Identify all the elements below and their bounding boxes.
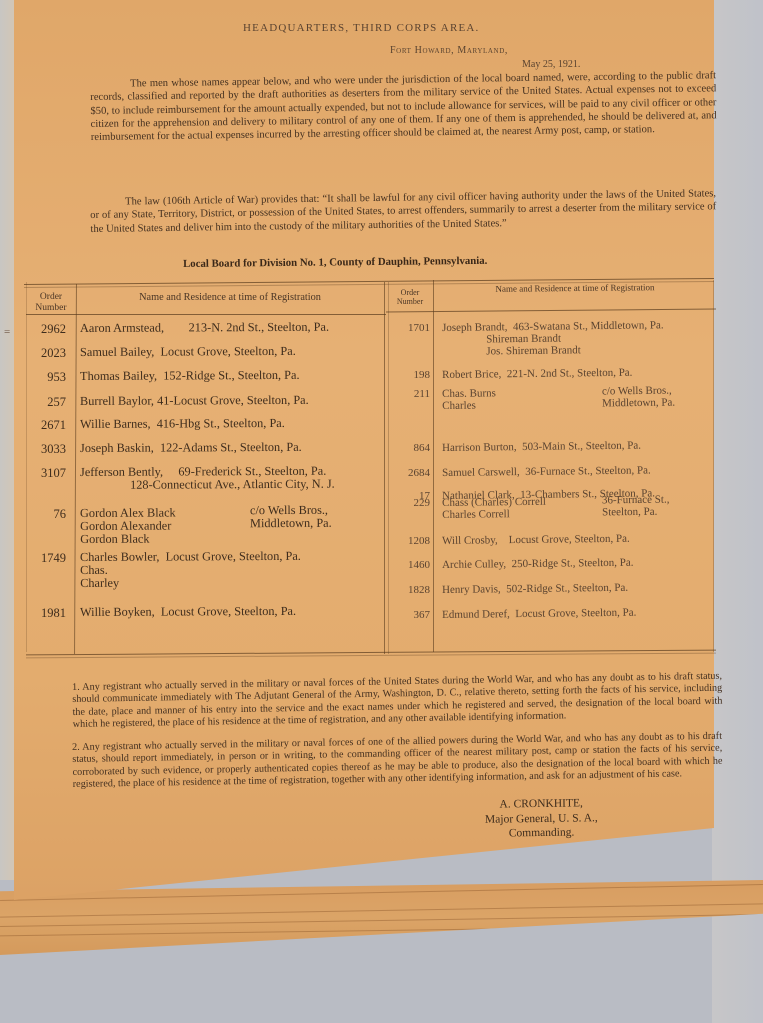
registrant-name: Chas. Burns xyxy=(442,387,496,400)
table-row: Thomas Bailey, 152-Ridge St., Steelton, … xyxy=(80,369,300,383)
table-row: Chass (Charles) CorrellCharles Correll xyxy=(442,496,546,521)
registrant-alias: 128-Connecticut Ave., Atlantic City, N. … xyxy=(80,478,335,492)
table-row: Gordon Alex BlackGordon AlexanderGordon … xyxy=(80,506,176,546)
table-row: Samuel Bailey, Locust Grove, Steelton, P… xyxy=(80,345,296,359)
registrant-alias: Charles xyxy=(442,399,496,412)
table-row: Aaron Armstead, 213-N. 2nd St., Steelton… xyxy=(80,321,329,335)
board-title: Local Board for Division No. 1, County o… xyxy=(183,255,487,270)
table-row: Harrison Burton, 503-Main St., Steelton,… xyxy=(442,440,641,454)
signature-name: A. CRONKHITE, xyxy=(485,796,598,812)
law-paragraph: The law (106th Article of War) provides … xyxy=(90,187,716,236)
registrant-address: c/o Wells Bros.,Middletown, Pa. xyxy=(602,385,675,410)
location-line: Fort Howard, Maryland, xyxy=(390,45,508,56)
table-row: Samuel Carswell, 36-Furnace St., Steelto… xyxy=(442,464,651,479)
table-right-edge xyxy=(713,280,714,652)
table-row: Joseph Baskin, 122-Adams St., Steelton, … xyxy=(80,441,302,455)
registrant-name: Will Crosby, Locust Grove, Steelton, Pa. xyxy=(442,533,630,547)
registrant-name: Robert Brice, 221-N. 2nd St., Steelton, … xyxy=(442,367,632,381)
order-number: 211 xyxy=(386,388,430,400)
order-number: 1828 xyxy=(386,584,430,596)
registrant-name: Aaron Armstead, 213-N. 2nd St., Steelton… xyxy=(80,321,329,335)
table-row: Willie Barnes, 416-Hbg St., Steelton, Pa… xyxy=(80,417,285,431)
order-number: 367 xyxy=(386,609,430,621)
table-row: Will Crosby, Locust Grove, Steelton, Pa. xyxy=(442,533,630,547)
registrant-address: 36-Furnace St.,Steelton, Pa. xyxy=(602,494,670,519)
order-number: 229 xyxy=(386,497,430,509)
left-name-header: Name and Residence at time of Registrati… xyxy=(80,292,380,303)
registrant-name: Willie Barnes, 416-Hbg St., Steelton, Pa… xyxy=(80,417,285,431)
registrant-name: Willie Boyken, Locust Grove, Steelton, P… xyxy=(80,605,296,619)
order-number: 1981 xyxy=(18,606,66,621)
margin-mark: = xyxy=(4,326,10,338)
registrant-name: Burrell Baylor, 41-Locust Grove, Steelto… xyxy=(80,394,309,408)
registrant-name: Samuel Bailey, Locust Grove, Steelton, P… xyxy=(80,345,296,359)
left-order-header: Order Number xyxy=(27,292,75,314)
order-number: 2671 xyxy=(18,418,66,433)
order-number: 198 xyxy=(386,369,430,381)
order-number: 2962 xyxy=(18,322,66,337)
order-number: 3107 xyxy=(18,466,66,481)
registrant-alias: Charles Correll xyxy=(442,508,546,521)
note-1: 1. Any registrant who actually served in… xyxy=(72,671,723,732)
table-row: Joseph Brandt, 463-Swatana St., Middleto… xyxy=(442,319,664,358)
intro-paragraph: The men whose names appear below, and wh… xyxy=(90,69,717,144)
order-number: 76 xyxy=(18,507,66,522)
right-header-rule xyxy=(386,309,716,313)
order-number: 2684 xyxy=(386,467,430,479)
order-number: 1749 xyxy=(18,551,66,566)
signature-role: Commanding. xyxy=(485,825,598,841)
registrant-name: Henry Davis, 502-Ridge St., Steelton, Pa… xyxy=(442,582,628,596)
right-order-divider xyxy=(433,280,434,652)
document-content: HEADQUARTERS, THIRD CORPS AREA. Fort How… xyxy=(0,0,763,900)
table-row: Charles Bowler, Locust Grove, Steelton, … xyxy=(80,550,301,590)
order-number: 257 xyxy=(18,395,66,410)
order-number: 3033 xyxy=(18,442,66,457)
registrant-name: Archie Culley, 250-Ridge St., Steelton, … xyxy=(442,557,634,571)
column-divider xyxy=(384,282,385,654)
table-row: Jefferson Bently, 69-Frederick St., Stee… xyxy=(80,465,335,492)
left-order-divider xyxy=(74,284,77,654)
left-header-rule xyxy=(26,314,386,315)
table-row: Chas. BurnsCharles xyxy=(442,387,496,412)
table-row: Willie Boyken, Locust Grove, Steelton, P… xyxy=(80,605,296,619)
registrant-name: Harrison Burton, 503-Main St., Steelton,… xyxy=(442,440,641,454)
order-number: 1701 xyxy=(386,322,430,334)
registrant-name: Edmund Deref, Locust Grove, Steelton, Pa… xyxy=(442,607,636,621)
table-row: Archie Culley, 250-Ridge St., Steelton, … xyxy=(442,557,634,571)
note-2: 2. Any registrant who actually served in… xyxy=(72,731,723,792)
table-row: Edmund Deref, Locust Grove, Steelton, Pa… xyxy=(442,607,636,621)
registrant-alias: Gordon Black xyxy=(80,532,176,546)
registrant-alias: Jos. Shireman Brandt xyxy=(442,343,664,358)
order-number: 953 xyxy=(18,370,66,385)
order-number: 2023 xyxy=(18,346,66,361)
registrant-address: c/o Wells Bros.,Middletown, Pa. xyxy=(250,504,332,530)
right-name-header: Name and Residence at time of Registrati… xyxy=(440,282,710,296)
order-number: 1208 xyxy=(386,535,430,547)
registrant-name: Charles Bowler, Locust Grove, Steelton, … xyxy=(80,550,301,564)
document-date: May 25, 1921. xyxy=(522,59,580,70)
table-row: Robert Brice, 221-N. 2nd St., Steelton, … xyxy=(442,367,632,381)
order-number: 864 xyxy=(386,442,430,454)
table-row: Burrell Baylor, 41-Locust Grove, Steelto… xyxy=(80,394,309,408)
registrant-name: Chass (Charles) Correll xyxy=(442,496,546,509)
signature-block: A. CRONKHITE, Major General, U. S. A., C… xyxy=(485,796,598,841)
signature-rank: Major General, U. S. A., xyxy=(485,811,598,827)
registrant-name: Samuel Carswell, 36-Furnace St., Steelto… xyxy=(442,464,651,479)
order-number: 1460 xyxy=(386,559,430,571)
registrant-alias: Charley xyxy=(80,576,301,590)
registrant-name: Joseph Baskin, 122-Adams St., Steelton, … xyxy=(80,441,302,455)
headquarters-title: HEADQUARTERS, THIRD CORPS AREA. xyxy=(243,22,480,34)
right-order-header: Order Number xyxy=(389,288,431,306)
table-row: Henry Davis, 502-Ridge St., Steelton, Pa… xyxy=(442,582,628,596)
registrant-name: Thomas Bailey, 152-Ridge St., Steelton, … xyxy=(80,369,300,383)
